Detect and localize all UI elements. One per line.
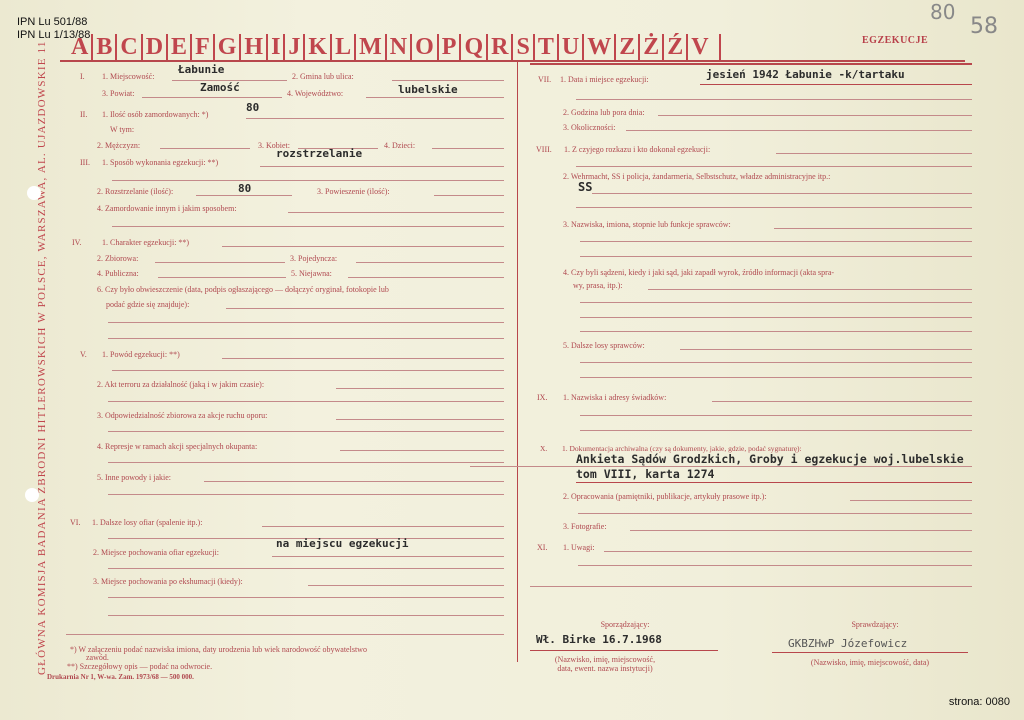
zbiorowa-label: 2. Zbiorowa: — [97, 254, 138, 264]
alphabet-letter: D — [143, 34, 168, 60]
footnote-2: **) Szczegółowy opis — podać na odwrocie… — [67, 662, 212, 671]
footer-rule — [66, 634, 504, 635]
section-ii: II.1. Ilość osób zamordowanych: *) — [80, 110, 208, 120]
ekshumacja-line-3 — [108, 615, 504, 616]
footnote-1: *) W załączeniu podać nazwiska imiona, d… — [70, 645, 367, 654]
rozstrzelanie-field[interactable]: 80 — [238, 182, 251, 195]
right-top-rule — [530, 63, 972, 65]
archive-references: IPN Lu 501/88 IPN Lu 1/13/88 — [17, 16, 90, 42]
dalsze-losy-sprawcow-field[interactable] — [680, 349, 972, 350]
miejsce-pochowania-line — [272, 556, 504, 557]
fotografie-label: 3. Fotografie: — [563, 522, 607, 532]
sprawdzajacy-label: Sprawdzający: — [820, 620, 930, 629]
opracowania-label: 2. Opracowania (pamiętniki, publikacje, … — [563, 492, 767, 502]
powieszenie-field[interactable] — [434, 195, 504, 196]
section-i: I.1. Miejscowość: — [80, 72, 154, 82]
header-rule — [60, 60, 965, 62]
powiat-field[interactable]: Zamość — [200, 81, 240, 94]
godzina-field[interactable] — [658, 115, 972, 116]
dalsze-losy-ofiar-field[interactable] — [262, 526, 504, 527]
ilosc-field[interactable]: 80 — [246, 101, 259, 114]
sporzadzajacy-field[interactable]: Wł. Birke 16.7.1968 — [536, 633, 662, 646]
obwieszczenie-field[interactable] — [226, 308, 504, 309]
sposob-field[interactable]: rozstrzelanie — [276, 147, 362, 160]
alphabet-letter: S — [513, 34, 534, 60]
dalsze-losy-sprawcow-line-3 — [580, 377, 972, 378]
swiadkowie-line-3 — [580, 430, 972, 431]
sadzeni-line-3 — [580, 317, 972, 318]
handwritten-number-top: 80 — [930, 0, 955, 24]
sprawdzajacy-line — [772, 652, 968, 653]
inny-sposob-label: 4. Zamordowanie innym i jakim sposobem: — [97, 204, 237, 214]
rozstrzelanie-line — [196, 195, 292, 196]
wojewodztwo-field[interactable]: lubelskie — [398, 83, 458, 96]
sadzeni-line-4 — [580, 331, 972, 332]
rozstrzelanie-label: 2. Rozstrzelanie (ilość): — [97, 187, 173, 197]
sadzeni-field[interactable] — [648, 289, 972, 290]
swiadkowie-line-2 — [580, 415, 972, 416]
alphabet-letter: Z — [616, 34, 640, 60]
powod-field[interactable] — [222, 358, 504, 359]
powod-line-2 — [112, 370, 504, 371]
form-type-label: EGZEKUCJE — [862, 35, 928, 46]
sporzadzajacy-label: Sporządzający: — [570, 620, 680, 629]
wojewodztwo-label: 4. Województwo: — [287, 89, 343, 99]
alphabet-letter: I — [268, 34, 285, 60]
opracowania-line-2 — [578, 513, 972, 514]
uwagi-field[interactable] — [604, 551, 972, 552]
okolicznosci-field[interactable] — [626, 130, 972, 131]
dalsze-losy-ofiar-label: 1. Dalsze losy ofiar (spalenie itp.): — [92, 518, 202, 527]
akt-terroru-field[interactable] — [336, 388, 504, 389]
dokumentacja-line-2 — [576, 482, 972, 483]
alphabet-letter: M — [356, 34, 387, 60]
dokumentacja-field-2[interactable]: tom VIII, karta 1274 — [576, 467, 714, 481]
obwieszczenie-label-2: podać gdzie się znajduje): — [106, 300, 189, 310]
publiczna-label: 4. Publiczna: — [97, 269, 139, 279]
dokumentacja-field[interactable]: Ankieta Sądów Grodzkich, Groby i egzekuc… — [576, 452, 964, 466]
nazwiska-sprawcow-line-2 — [580, 241, 972, 242]
mezczyzn-label: 2. Mężczyzn: — [97, 141, 140, 151]
odpowiedzialnosc-label: 3. Odpowiedzialność zbiorowa za akcje ru… — [97, 411, 267, 421]
section-xi: XI.1. Uwagi: — [537, 543, 595, 553]
data-miejsce-line-2 — [576, 99, 972, 100]
alphabet-letter: Ź — [664, 34, 688, 60]
nazwiska-sprawcow-field[interactable] — [774, 228, 972, 229]
mezczyzn-field[interactable] — [160, 148, 250, 149]
alphabet-letter: K — [305, 34, 332, 60]
data-miejsce-line — [700, 84, 972, 85]
sporzadzajacy-line — [530, 650, 718, 651]
sporzadzajacy-note-2: data, ewent. nazwa instytucji) — [530, 664, 680, 673]
sporzadzajacy-note-1: (Nazwisko, imię, miejscowość, — [530, 655, 680, 664]
sprawdzajacy-note: (Nazwisko, imię, miejscowość, data) — [780, 658, 960, 667]
section-vi: VI.1. Dalsze losy ofiar (spalenie itp.): — [70, 518, 202, 528]
odpowiedzialnosc-field[interactable] — [336, 419, 504, 420]
alphabet-letter: U — [559, 34, 584, 60]
charakter-label: 1. Charakter egzekucji: **) — [102, 238, 189, 247]
alphabet-letter: P — [439, 34, 462, 60]
swiadkowie-field[interactable] — [712, 401, 972, 402]
section-ix: IX.1. Nazwiska i adresy świadków: — [537, 393, 666, 403]
akt-terroru-label: 2. Akt terroru za działalność (jaką i w … — [97, 380, 264, 390]
zbiorowa-field[interactable] — [155, 262, 285, 263]
miejsce-pochowania-line-2 — [108, 568, 504, 569]
dalsze-losy-sprawcow-line-2 — [580, 362, 972, 363]
alphabet-letter: J — [285, 34, 305, 60]
alphabet-index: ABCDEFGHIJKLMNOPQRSTUWZŻŹV — [68, 28, 721, 60]
alphabet-letter: R — [488, 34, 513, 60]
pojedyncza-label: 3. Pojedyncza: — [290, 254, 337, 264]
odpowiedzialnosc-line-2 — [108, 431, 504, 432]
swiadkowie-label: 1. Nazwiska i adresy świadków: — [563, 393, 666, 402]
formacja-field[interactable]: SS — [578, 180, 592, 194]
uwagi-label: 1. Uwagi: — [563, 543, 595, 552]
alphabet-letter: O — [412, 34, 439, 60]
sposob-label: 1. Sposób wykonania egzekucji: **) — [102, 158, 218, 167]
powiat-line — [142, 97, 282, 98]
okolicznosci-label: 3. Okoliczności: — [563, 123, 615, 133]
powod-label: 1. Powód egzekucji: **) — [102, 350, 180, 359]
section-viii: VIII.1. Z czyjego rozkazu i kto dokonał … — [536, 145, 710, 155]
inne-powody-line-2 — [108, 494, 504, 495]
alphabet-letter: H — [241, 34, 268, 60]
wtym-label: W tym: — [110, 125, 134, 135]
fotografie-field[interactable] — [630, 530, 972, 531]
handwritten-number-right: 58 — [970, 14, 998, 39]
ilosc-line — [246, 118, 504, 119]
printer-imprint: Drukarnia Nr 1, W-wa. Zam. 1973/68 — 500… — [47, 673, 194, 682]
section-vii: VII.1. Data i miejsce egzekucji: — [538, 75, 649, 85]
miejsce-pochowania-label: 2. Miejsce pochowania ofiar egzekucji: — [93, 548, 219, 558]
section-iv: IV.1. Charakter egzekucji: **) — [72, 238, 189, 248]
nazwiska-sprawcow-label: 3. Nazwiska, imiona, stopnie lub funkcje… — [563, 220, 731, 230]
formacja-line-2 — [576, 207, 972, 208]
inne-powody-label: 5. Inne powody i jakie: — [97, 473, 171, 483]
section-iii: III.1. Sposób wykonania egzekucji: **) — [80, 158, 218, 168]
represje-line-2 — [108, 462, 504, 463]
dzieci-field[interactable] — [432, 148, 504, 149]
miejscowosc-label: 1. Miejscowość: — [102, 72, 154, 81]
inne-powody-field[interactable] — [204, 481, 504, 482]
pojedyncza-field[interactable] — [356, 262, 504, 263]
formacja-line — [592, 193, 972, 194]
alphabet-letter: E — [168, 34, 192, 60]
miejsce-pochowania-field[interactable]: na miejscu egzekucji — [276, 537, 408, 550]
opracowania-field[interactable] — [850, 500, 972, 501]
rozkaz-line-2 — [576, 166, 972, 167]
sadzeni-line-2 — [580, 302, 972, 303]
dokumentacja-line — [470, 466, 972, 467]
alphabet-letter: Q — [461, 34, 488, 60]
data-miejsce-label: 1. Data i miejsce egzekucji: — [560, 75, 649, 84]
alphabet-letter: G — [215, 34, 242, 60]
miejscowosc-field[interactable]: Łabunie — [178, 63, 224, 76]
sadzeni-label-2: wy, prasa, itp.): — [573, 281, 622, 291]
punch-hole-bottom — [25, 488, 39, 502]
alphabet-letter: C — [117, 34, 142, 60]
gmina-field[interactable] — [392, 80, 504, 81]
obwieszczenie-line-2 — [108, 322, 504, 323]
obwieszczenie-label: 6. Czy było obwieszczenie (data, podpis … — [97, 285, 389, 295]
document-page: IPN Lu 501/88 IPN Lu 1/13/88 ABCDEFGHIJK… — [0, 0, 1024, 720]
uwagi-line-2 — [578, 565, 972, 566]
section-v: V.1. Powód egzekucji: **) — [80, 350, 180, 360]
nazwiska-sprawcow-line-3 — [580, 256, 972, 257]
footnote-1-cont: zawód. — [86, 653, 109, 662]
powiat-label: 3. Powiat: — [102, 89, 134, 99]
gmina-label: 2. Gmina lub ulica: — [292, 72, 354, 82]
alphabet-letter: Ż — [640, 34, 664, 60]
sadzeni-label: 4. Czy byli sądzeni, kiedy i jaki sąd, j… — [563, 268, 834, 278]
alphabet-letter: T — [535, 34, 559, 60]
archive-ref-1: IPN Lu 501/88 — [17, 16, 90, 29]
sposob-line-2 — [112, 180, 504, 181]
publiczna-field[interactable] — [158, 277, 286, 278]
alphabet-letter: F — [192, 34, 215, 60]
niejawna-label: 5. Niejawna: — [291, 269, 332, 279]
alphabet-letter: L — [332, 34, 356, 60]
sprawdzajacy-field[interactable]: GKBZHwP Józefowicz — [788, 637, 907, 650]
formacja-label: 2. Wehrmacht, SS i policja, żandarmeria,… — [563, 172, 830, 182]
inny-sposob-line-2 — [112, 226, 504, 227]
alphabet-letter: N — [387, 34, 412, 60]
sposob-line — [260, 166, 504, 167]
niejawna-field[interactable] — [348, 277, 504, 278]
charakter-field[interactable] — [222, 246, 504, 247]
dalsze-losy-sprawcow-label: 5. Dalsze losy sprawców: — [563, 341, 645, 351]
alphabet-letter: V — [688, 34, 720, 60]
ilosc-label: 1. Ilość osób zamordowanych: *) — [102, 110, 208, 119]
ekshumacja-label: 3. Miejsce pochowania po ekshumacji (kie… — [93, 577, 243, 587]
punch-hole-top — [27, 186, 41, 200]
obwieszczenie-line-3 — [108, 338, 504, 339]
dzieci-label: 4. Dzieci: — [384, 141, 415, 151]
wojewodztwo-line — [366, 97, 504, 98]
uwagi-line-3 — [530, 586, 972, 587]
godzina-label: 2. Godzina lub pora dnia: — [563, 108, 645, 118]
powieszenie-label: 3. Powieszenie (ilość): — [317, 187, 390, 197]
represje-label: 4. Represje w ramach akcji specjalnych o… — [97, 442, 257, 452]
alphabet-letter: W — [584, 34, 616, 60]
rozkaz-label: 1. Z czyjego rozkazu i kto dokonał egzek… — [564, 145, 710, 154]
ekshumacja-line-2 — [108, 597, 504, 598]
archive-ref-2: IPN Lu 1/13/88 — [17, 29, 90, 42]
issuer-vertical-text: GŁÓWNA KOMISJA BADANIA ZBRODNI HITLEROWS… — [36, 35, 48, 675]
data-miejsce-field[interactable]: jesień 1942 Łabunie -k/tartaku — [706, 68, 905, 81]
column-divider — [517, 62, 518, 662]
rozkaz-field[interactable] — [776, 153, 972, 154]
alphabet-letter: B — [93, 34, 117, 60]
akt-terroru-line-2 — [108, 401, 504, 402]
represje-field[interactable] — [340, 450, 504, 451]
ekshumacja-field[interactable] — [308, 585, 504, 586]
page-number: strona: 0080 — [949, 696, 1010, 708]
inny-sposob-field[interactable] — [288, 212, 504, 213]
